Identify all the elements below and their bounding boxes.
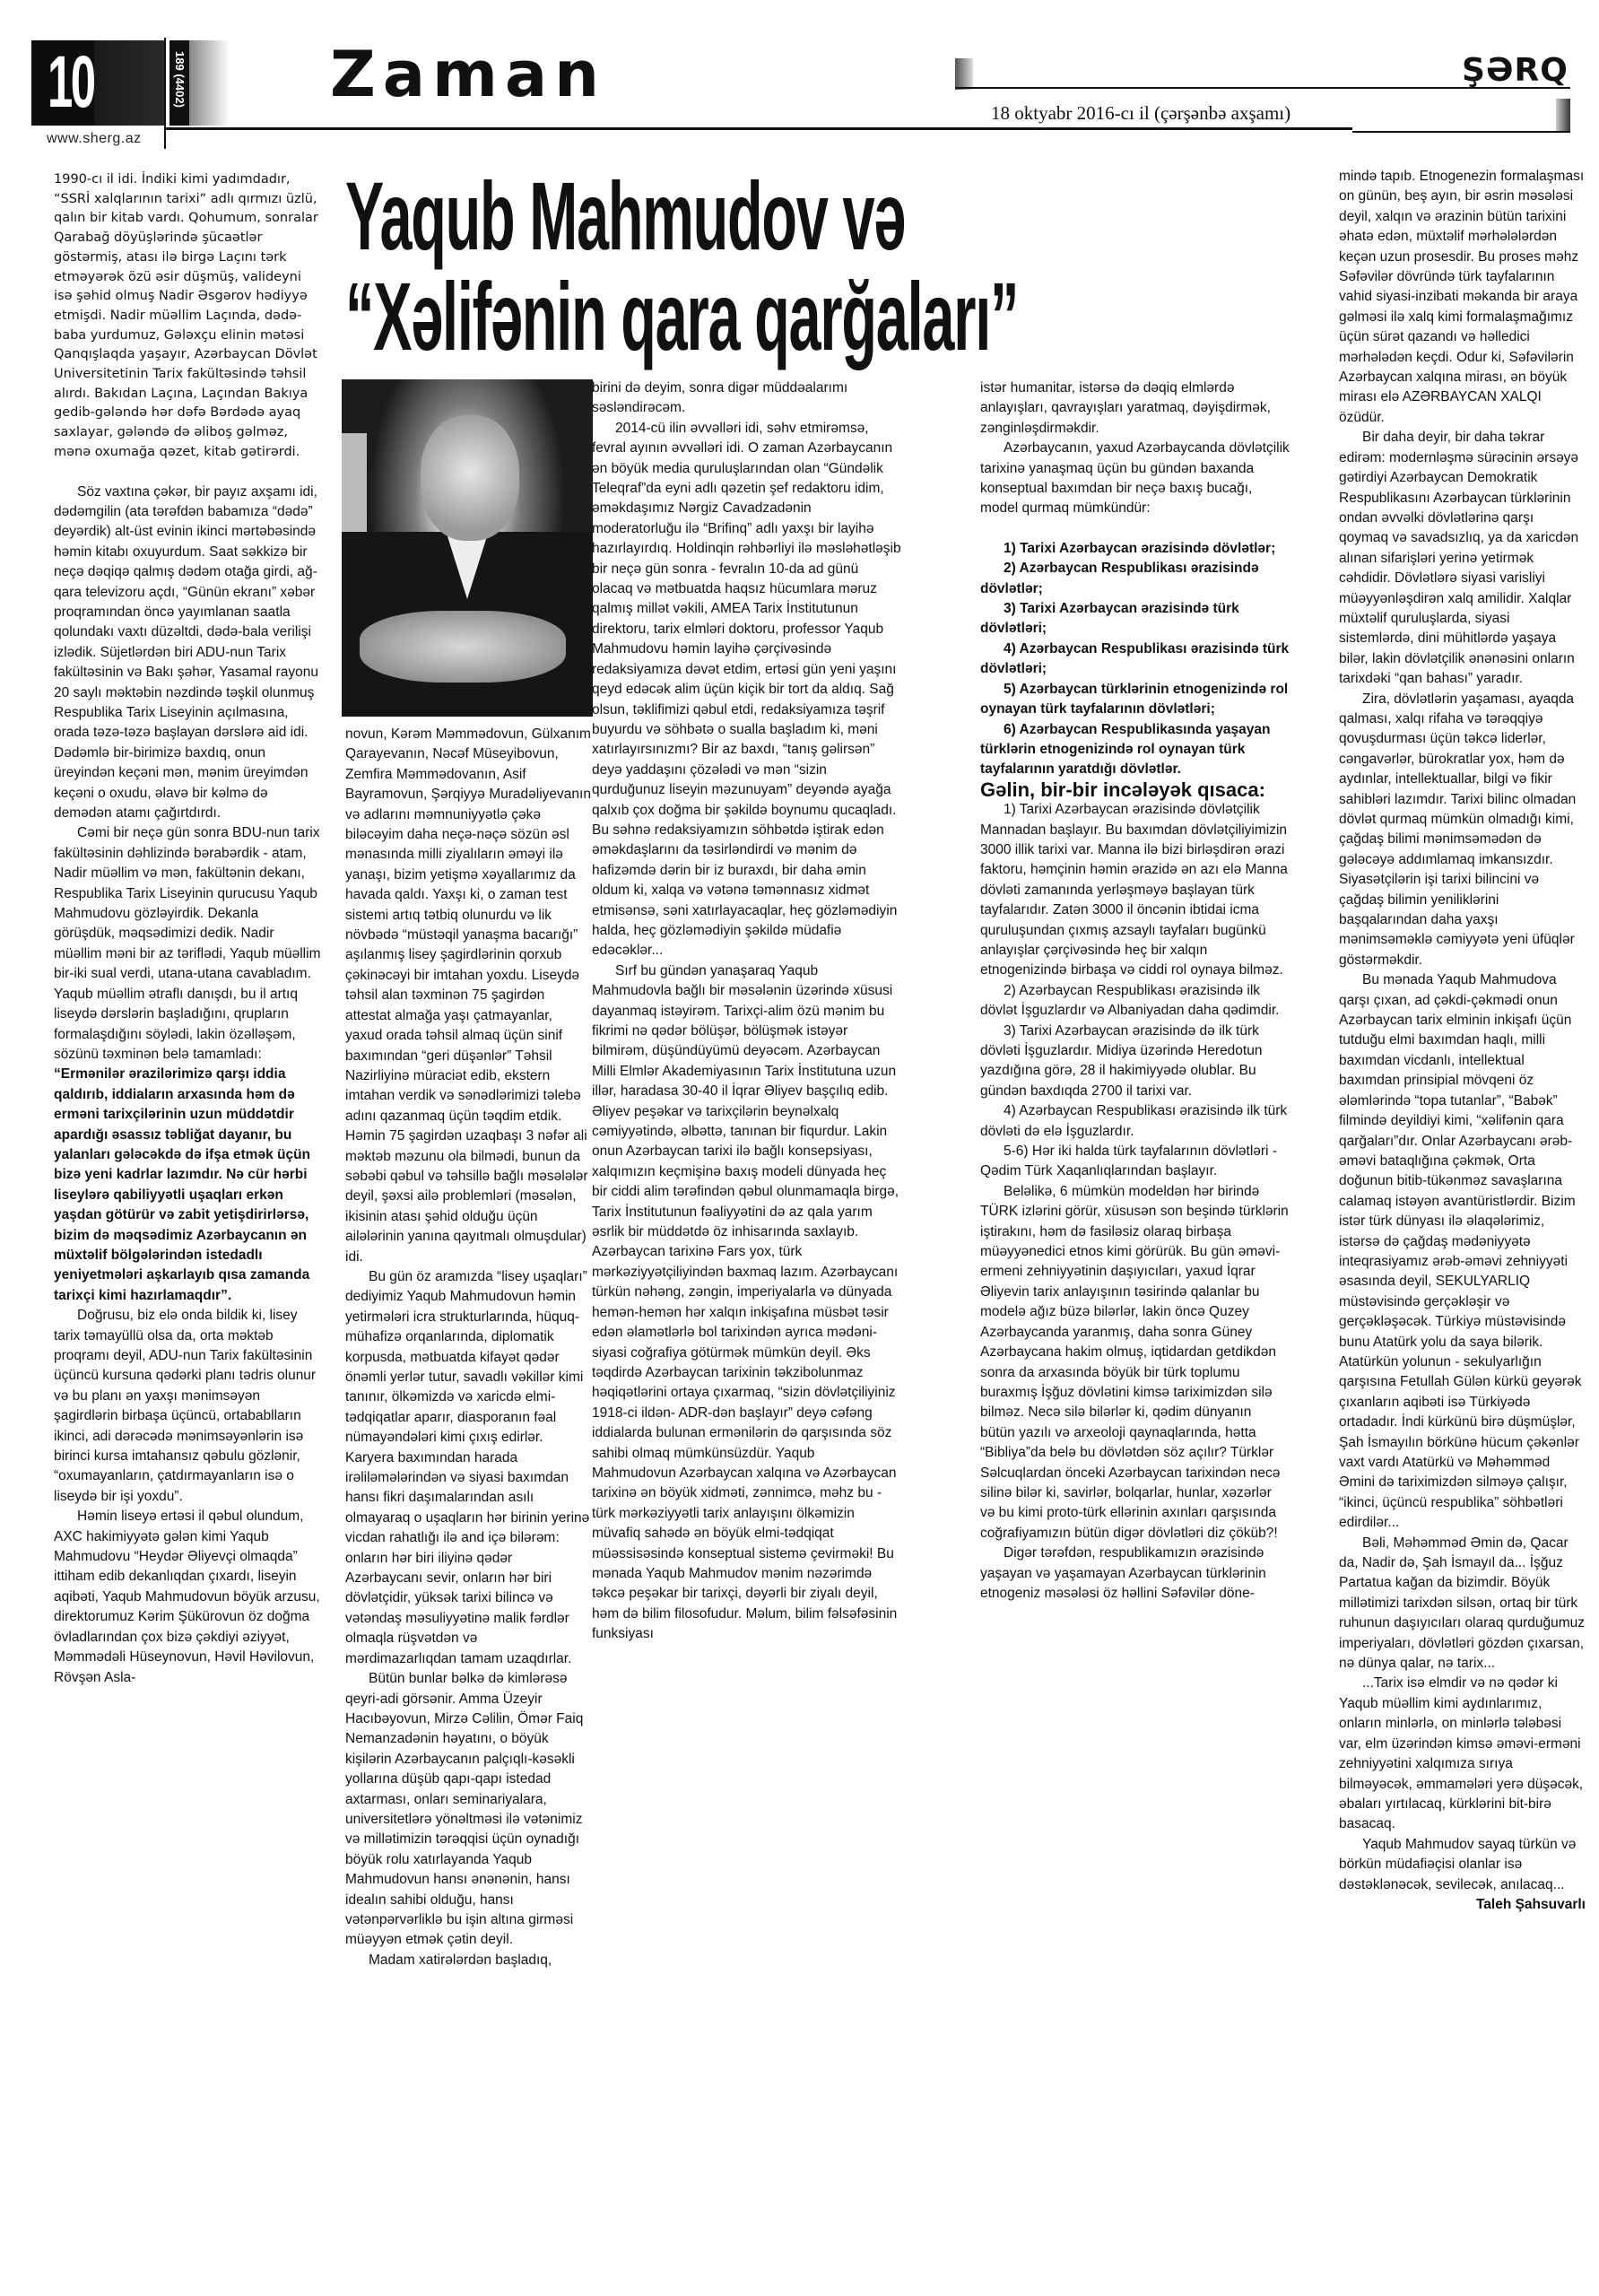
- paragraph: Madam xatirələrdən başladıq,: [345, 1951, 592, 1970]
- list-item: 6) Azərbaycan Respublikasında yaşayan tü…: [980, 720, 1290, 780]
- issue-date: 18 oktyabr 2016-cı il (çərşənbə axşamı): [991, 102, 1290, 125]
- paragraph: novun, Kərəm Məmmədovun, Gülxanım Qaraye…: [345, 725, 592, 1267]
- vertical-rule: [164, 38, 166, 149]
- list-item: 1) Tarixi Azərbaycan ərazisində dövlətlə…: [980, 539, 1290, 559]
- column-4: istər humanitar, istərsə də dəqiq elmlər…: [980, 378, 1290, 1604]
- paragraph: Sırf bu gündən yanaşaraq Yaqub Mahmudovl…: [592, 961, 901, 1645]
- model-list: 1) Tarixi Azərbaycan ərazisində dövlətlə…: [980, 539, 1290, 780]
- horizontal-rule-date: [1352, 131, 1570, 133]
- paragraph: birini də deyim, sonra digər müddəalarım…: [592, 378, 901, 419]
- paragraph: Bu gün öz aramızda “lisey uşaqları” dedi…: [345, 1267, 592, 1669]
- paragraph: 5-6) Hər iki halda türk tayfalarının döv…: [980, 1142, 1290, 1182]
- headline-line-2: “Xəlifənin qara qarğaları”: [345, 266, 1125, 367]
- paragraph: Bir daha deyir, bir daha təkrar edirəm: …: [1339, 428, 1586, 689]
- masthead: 10 189 (4402) www.sherg.az Zaman ŞƏRQ 18…: [0, 0, 1599, 161]
- hands-shape: [360, 611, 566, 683]
- list-item: 2) Azərbaycan Respublikası ərazisində dö…: [980, 559, 1290, 599]
- section-title: Zaman: [330, 43, 606, 106]
- paragraph: ...Tarix isə elmdir və nə qədər ki Yaqub…: [1339, 1674, 1586, 1834]
- page-number: 10: [48, 46, 94, 119]
- fade-strip: [189, 40, 230, 126]
- texture-block: [94, 40, 164, 126]
- column-2: novun, Kərəm Məmmədovun, Gülxanım Qaraye…: [345, 725, 592, 1970]
- paragraph: Zira, dövlətlərin yaşaması, ayaqda qalma…: [1339, 690, 1586, 971]
- subheading: Gəlin, bir-bir incələyək qısaca:: [980, 780, 1290, 800]
- column-5: mində tapıb. Etnogenezin formalaşması on…: [1339, 167, 1586, 1915]
- list-item: 3) Tarixi Azərbaycan ərazisində türk döv…: [980, 599, 1290, 639]
- paragraph: istər humanitar, istərsə də dəqiq elmlər…: [980, 378, 1290, 439]
- paragraph: Yaqub Mahmudov sayaq türkün və börkün mü…: [1339, 1835, 1586, 1895]
- paragraph: Həmin liseyə ertəsi il qəbul olundum, AX…: [54, 1507, 323, 1688]
- list-item: 4) Azərbaycan Respublikası ərazisində tü…: [980, 639, 1290, 680]
- paragraph: Azərbaycanın, yaxud Azərbaycanda dövlətç…: [980, 439, 1290, 519]
- website-link[interactable]: www.sherg.az: [47, 131, 142, 147]
- publication-logo: ŞƏRQ: [1462, 52, 1569, 89]
- quote-paragraph: “Ermənilər ərazilərimizə qarşı iddia qal…: [54, 1065, 323, 1306]
- paragraph: 4) Azərbaycan Respublikası ərazisində il…: [980, 1101, 1290, 1142]
- article-photo: [342, 379, 593, 717]
- paragraph: 2) Azərbaycan Respublikası ərazisində il…: [980, 981, 1290, 1022]
- headline-line-1: Yaqub Mahmudov və: [345, 166, 1125, 266]
- author-signature: Taleh Şahsuvarlı: [1339, 1895, 1586, 1915]
- intro-paragraph: 1990-cı il idi. İndiki kimi yadımdadır, …: [54, 170, 323, 463]
- paragraph: 3) Tarixi Azərbaycan ərazisində də ilk t…: [980, 1022, 1290, 1102]
- paragraph: Söz vaxtına çəkər, bir payız axşamı idi,…: [54, 483, 323, 824]
- paragraph: Bütün bunlar bəlkə də kimlərəsə qeyri-ad…: [345, 1669, 592, 1951]
- paragraph: Bəli, Məhəmməd Əmin də, Qacar da, Nadir …: [1339, 1534, 1586, 1674]
- fade-strip-right: [955, 58, 973, 90]
- fade-strip-right-2: [1556, 99, 1570, 133]
- paragraph: 2014-cü ilin əvvəlləri idi, səhv etmirəm…: [592, 419, 901, 961]
- horizontal-rule: [164, 127, 1352, 130]
- column-1: 1990-cı il idi. İndiki kimi yadımdadır, …: [54, 170, 323, 1688]
- paragraph: Bu mənada Yaqub Mahmudova qarşı çıxan, a…: [1339, 970, 1586, 1533]
- list-item: 5) Azərbaycan türklərinin etnogenizində …: [980, 680, 1290, 720]
- page-number-box: 10: [31, 40, 164, 126]
- issue-number-box: 189 (4402): [169, 40, 189, 126]
- paragraph: Doğrusu, biz elə onda bildik ki, lisey t…: [54, 1306, 323, 1507]
- paragraph: Cəmi bir neçə gün sonra BDU-nun tarix fa…: [54, 823, 323, 1065]
- article-headline: Yaqub Mahmudov və “Xəlifənin qara qarğal…: [345, 166, 813, 367]
- issue-number: 189 (4402): [173, 37, 187, 122]
- paragraph: 1) Tarixi Azərbaycan ərazisində dövlətçi…: [980, 800, 1290, 981]
- paragraph: Beləlikə, 6 mümkün modeldən hər birində …: [980, 1182, 1290, 1544]
- paragraph: Digər tərəfdən, respublikamızın ərazisin…: [980, 1544, 1290, 1604]
- column-3: birini də deyim, sonra digər müddəalarım…: [592, 378, 901, 1645]
- paragraph: mində tapıb. Etnogenezin formalaşması on…: [1339, 167, 1586, 428]
- face-shape: [421, 415, 519, 541]
